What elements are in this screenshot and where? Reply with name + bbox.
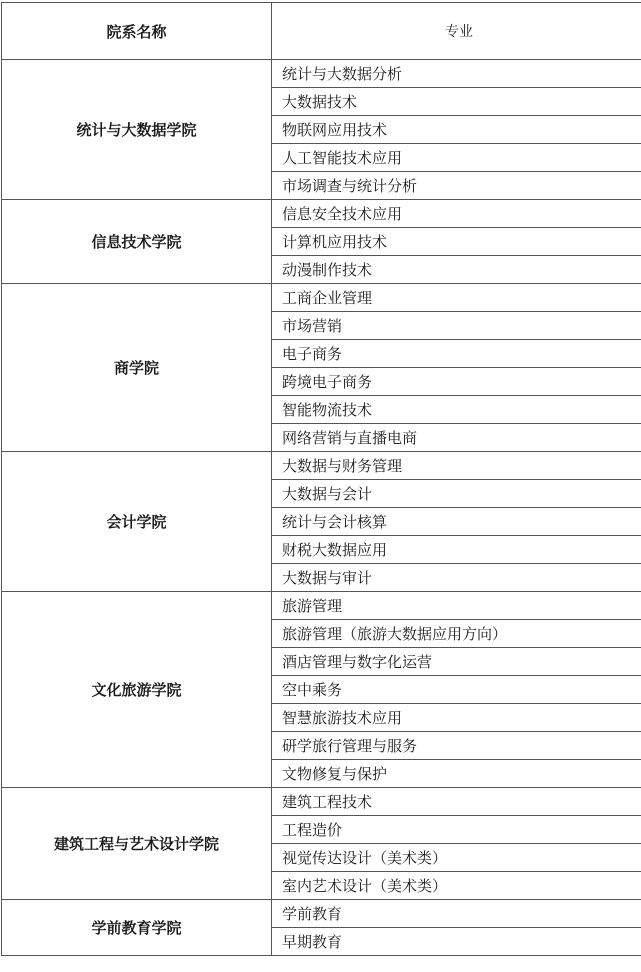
major-cell: 大数据与会计	[272, 480, 641, 508]
department-name: 会计学院	[2, 452, 272, 592]
major-cell: 统计与会计核算	[272, 508, 641, 536]
major-cell: 学前教育	[272, 900, 641, 928]
department-major-table: 院系名称 专业 统计与大数据学院 统计与大数据分析 大数据技术 物联网应用技术 …	[1, 2, 641, 956]
major-cell: 研学旅行管理与服务	[272, 732, 641, 760]
major-cell: 工程造价	[272, 816, 641, 844]
major-cell: 智能物流技术	[272, 396, 641, 424]
major-cell: 大数据与审计	[272, 564, 641, 592]
department-name: 文化旅游学院	[2, 592, 272, 788]
major-cell: 酒店管理与数字化运营	[272, 648, 641, 676]
table-row: 统计与大数据学院 统计与大数据分析	[2, 60, 641, 88]
major-cell: 视觉传达设计（美术类）	[272, 844, 641, 872]
major-cell: 统计与大数据分析	[272, 60, 641, 88]
department-name: 商学院	[2, 284, 272, 452]
table-row: 会计学院 大数据与财务管理	[2, 452, 641, 480]
major-cell: 大数据与财务管理	[272, 452, 641, 480]
department-name: 信息技术学院	[2, 200, 272, 284]
table-row: 建筑工程与艺术设计学院 建筑工程技术	[2, 788, 641, 816]
major-cell: 智慧旅游技术应用	[272, 704, 641, 732]
major-cell: 大数据技术	[272, 88, 641, 116]
major-cell: 跨境电子商务	[272, 368, 641, 396]
major-cell: 信息安全技术应用	[272, 200, 641, 228]
department-name: 学前教育学院	[2, 900, 272, 956]
major-cell: 市场调查与统计分析	[272, 172, 641, 200]
table-row: 商学院 工商企业管理	[2, 284, 641, 312]
table-row: 学前教育学院 学前教育	[2, 900, 641, 928]
major-cell: 文物修复与保护	[272, 760, 641, 788]
major-cell: 计算机应用技术	[272, 228, 641, 256]
table-row: 信息技术学院 信息安全技术应用	[2, 200, 641, 228]
major-cell: 空中乘务	[272, 676, 641, 704]
major-cell: 物联网应用技术	[272, 116, 641, 144]
major-cell: 室内艺术设计（美术类）	[272, 872, 641, 900]
major-cell: 建筑工程技术	[272, 788, 641, 816]
table-body: 统计与大数据学院 统计与大数据分析 大数据技术 物联网应用技术 人工智能技术应用…	[2, 60, 641, 956]
major-cell: 人工智能技术应用	[272, 144, 641, 172]
major-cell: 市场营销	[272, 312, 641, 340]
major-cell: 旅游管理（旅游大数据应用方向）	[272, 620, 641, 648]
department-name: 建筑工程与艺术设计学院	[2, 788, 272, 900]
major-cell: 工商企业管理	[272, 284, 641, 312]
table-header-row: 院系名称 专业	[2, 3, 641, 60]
major-cell: 早期教育	[272, 928, 641, 956]
table-row: 文化旅游学院 旅游管理	[2, 592, 641, 620]
header-major: 专业	[272, 3, 641, 60]
header-department: 院系名称	[2, 3, 272, 60]
major-cell: 动漫制作技术	[272, 256, 641, 284]
major-cell: 电子商务	[272, 340, 641, 368]
major-cell: 旅游管理	[272, 592, 641, 620]
major-cell: 网络营销与直播电商	[272, 424, 641, 452]
department-name: 统计与大数据学院	[2, 60, 272, 200]
major-cell: 财税大数据应用	[272, 536, 641, 564]
